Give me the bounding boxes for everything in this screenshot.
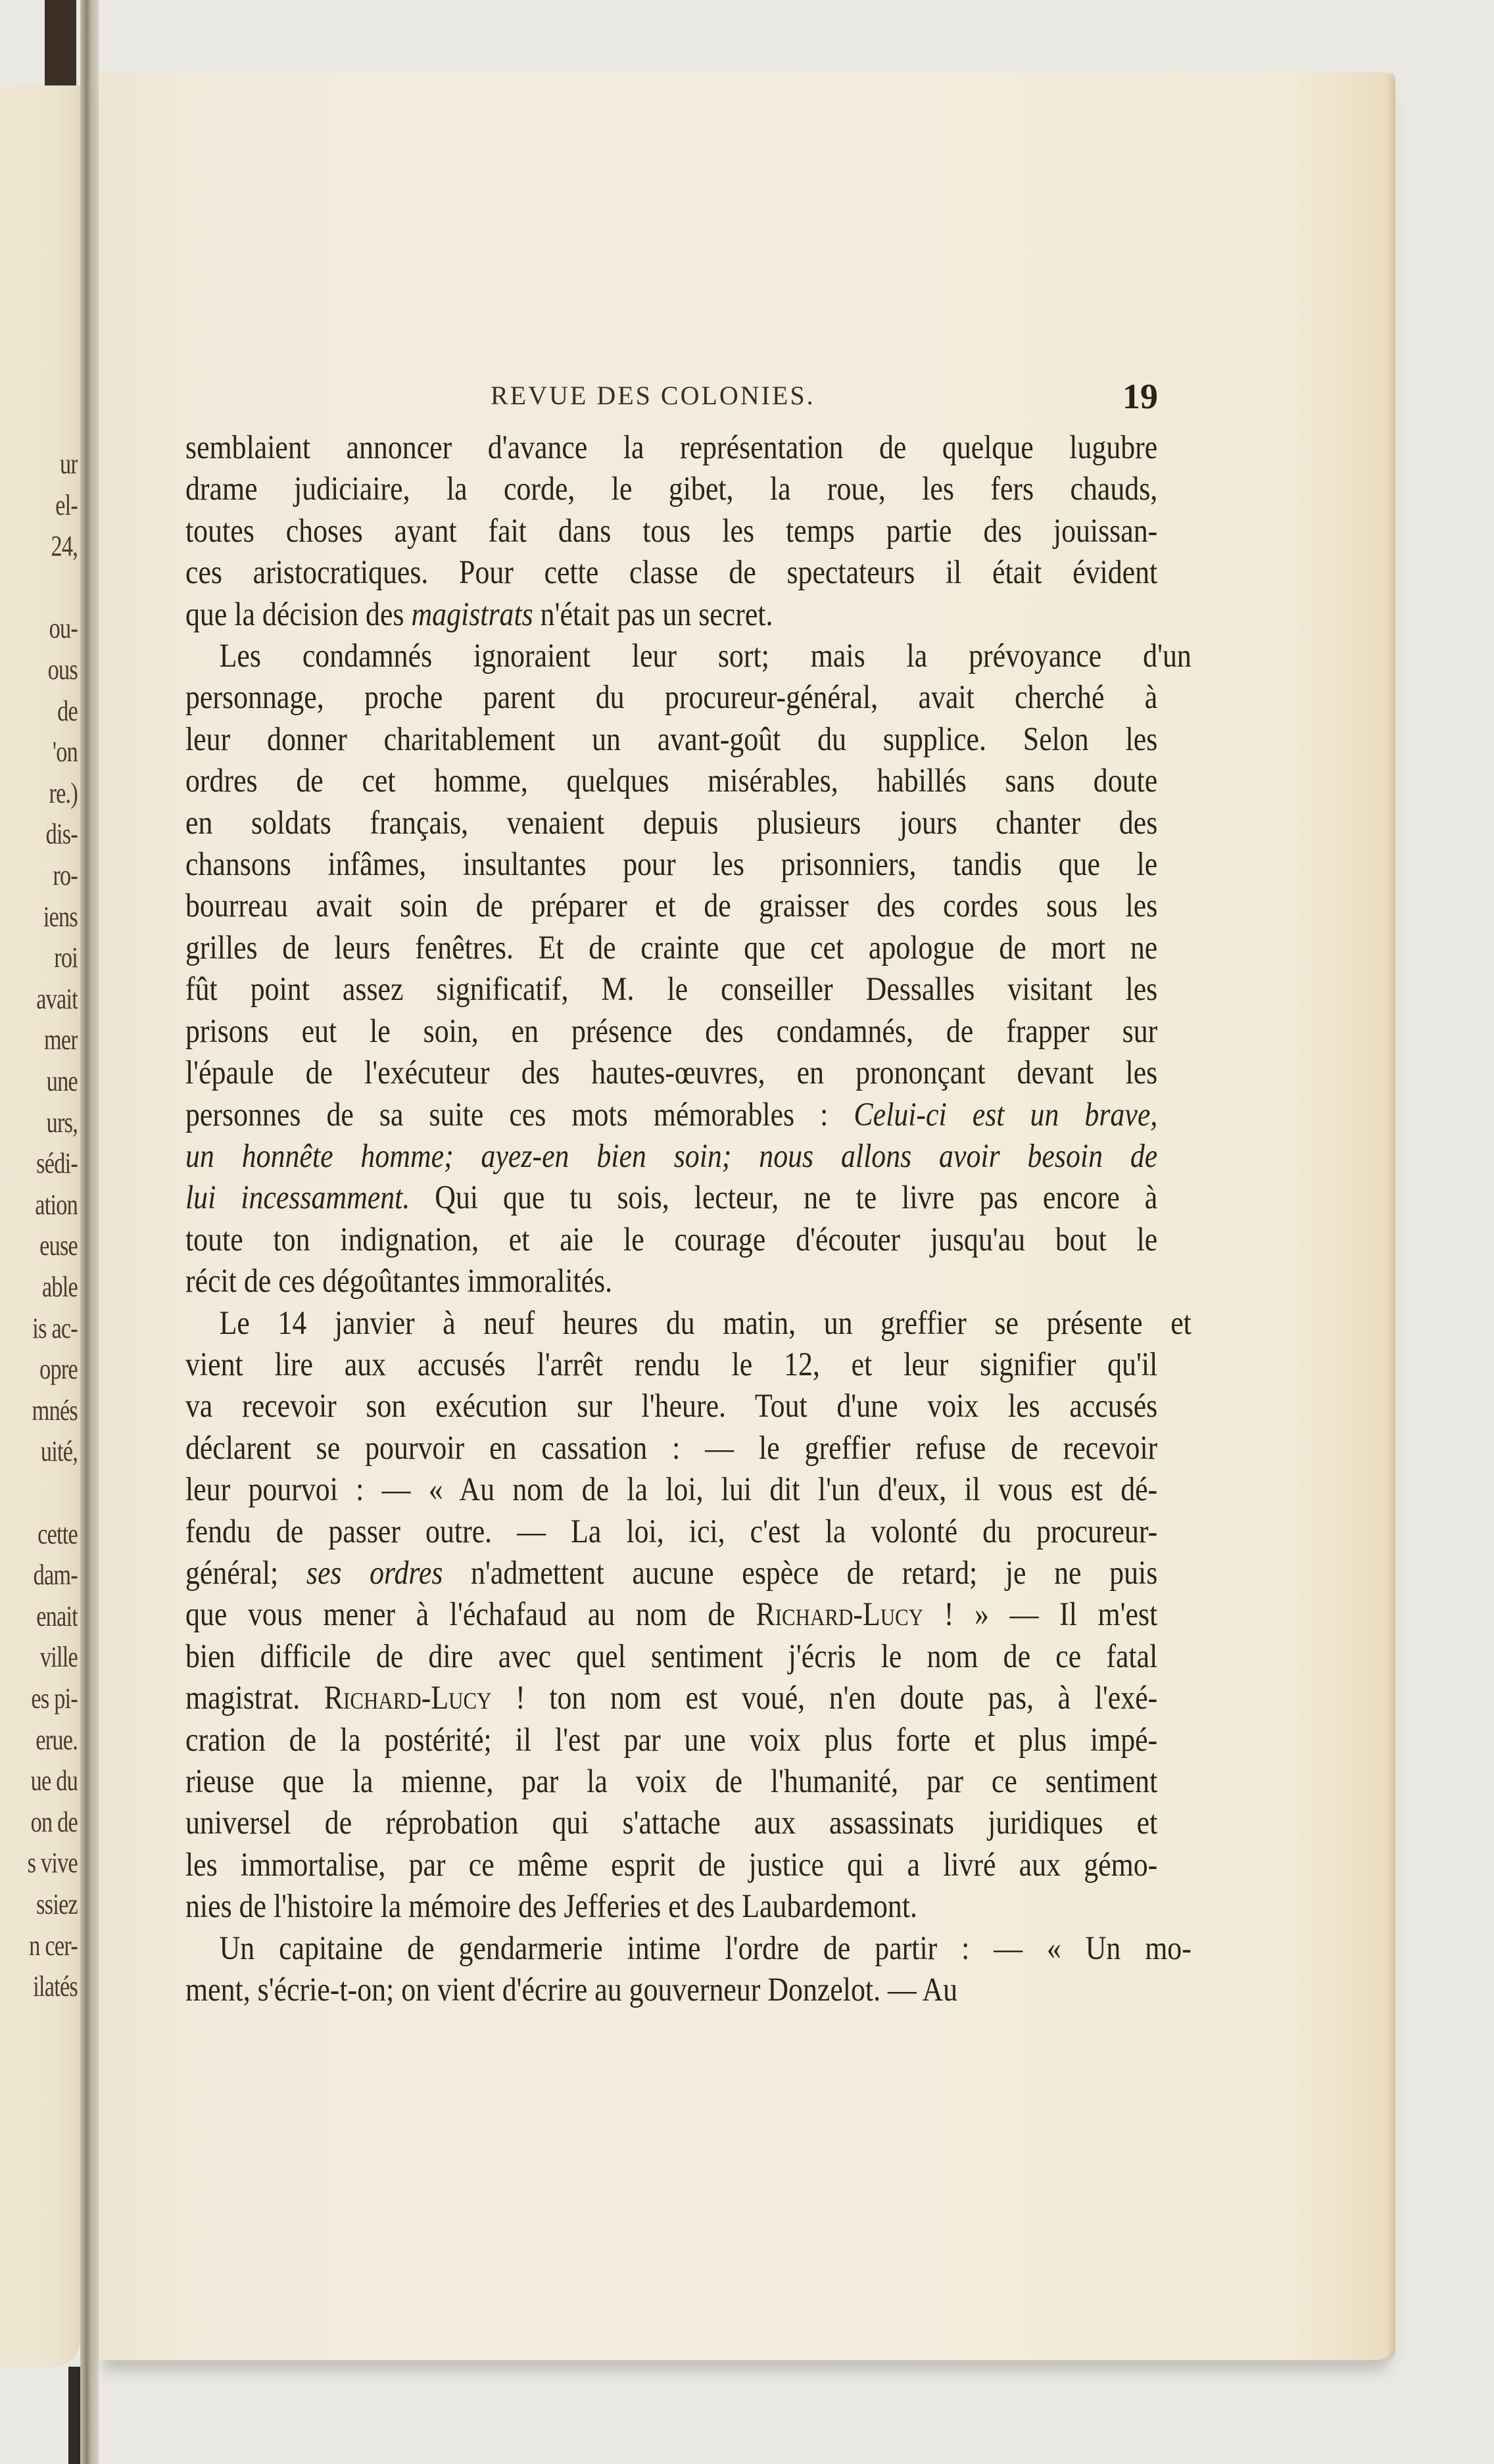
previous-page-fragment: ou-: [17, 608, 78, 650]
previous-page-fragment: dis-: [17, 814, 78, 855]
previous-page-fragment: es pi-: [17, 1678, 78, 1720]
previous-page-fragment: n cer-: [17, 1926, 78, 1967]
page-number: 19: [1122, 376, 1158, 417]
italic-emphasis: un honnête homme; ayez-en bien soin; nou…: [185, 1138, 1157, 1175]
text-line: les immortalise, par ce même esprit de j…: [185, 1845, 1157, 1886]
text-line: fût point assez significatif, M. le cons…: [185, 969, 1157, 1010]
previous-page-fragment: erue.: [17, 1720, 78, 1761]
text-line: déclarent se pourvoir en cassation : — l…: [185, 1428, 1157, 1469]
previous-page-fragment: ro-: [17, 855, 78, 897]
text-line: leur pourvoi : — « Au nom de la loi, lui…: [185, 1469, 1157, 1511]
previous-page-fragment: enait: [17, 1596, 78, 1638]
paragraph: Les condamnés ignoraient leur sort; mais…: [185, 636, 1157, 1303]
previous-page-fragment: mer: [17, 1020, 78, 1061]
previous-page-fragment: el-: [17, 485, 78, 527]
text-line: ment, s'écrie-t-on; on vient d'écrire au…: [185, 1970, 1157, 2011]
previous-page-fragment: is ac-: [17, 1308, 78, 1350]
previous-page-fragment: s vive: [17, 1843, 78, 1884]
text-line: toute ton indignation, et aie le courage…: [185, 1220, 1157, 1261]
text-line: va recevoir son exécution sur l'heure. T…: [185, 1386, 1157, 1427]
small-caps-name: Richard-Lucy: [324, 1680, 492, 1717]
page-edge-shading: [1386, 72, 1395, 2360]
previous-page-fragment: iens: [17, 897, 78, 938]
previous-page-edge: urel-24,ou-ousde'onre.)dis-ro-iensroiava…: [0, 85, 80, 2367]
paragraph: Le 14 janvier à neuf heures du matin, un…: [185, 1303, 1157, 1928]
italic-emphasis: magistrats: [411, 596, 533, 633]
paragraph: Un capitaine de gendarmerie intime l'ord…: [185, 1928, 1157, 2012]
text-line: ordres de cet homme, quelques misérables…: [185, 761, 1157, 802]
text-line: bourreau avait soin de préparer et de gr…: [185, 886, 1157, 927]
text-line: personnes de sa suite ces mots mémorable…: [185, 1095, 1157, 1136]
text-line: nies de l'histoire la mémoire des Jeffer…: [185, 1886, 1157, 1928]
text-line: prisons eut le soin, en présence des con…: [185, 1011, 1157, 1053]
text-line: chansons infâmes, insultantes pour les p…: [185, 844, 1157, 886]
binding-strap-bottom: [68, 2367, 82, 2464]
previous-page-fragment: on de: [17, 1802, 78, 1843]
previous-page-fragment: ation: [17, 1185, 78, 1226]
italic-emphasis: lui incessamment.: [185, 1179, 410, 1216]
previous-page-fragment: ville: [17, 1637, 78, 1678]
previous-page-fragment: opre: [17, 1349, 78, 1390]
text-line: bien difficile de dire avec quel sentime…: [185, 1636, 1157, 1678]
text-line: fendu de passer outre. — La loi, ici, c'…: [185, 1511, 1157, 1553]
text-line: ces aristocratiques. Pour cette classe d…: [185, 552, 1157, 594]
text-line: rieuse que la mienne, par la voix de l'h…: [185, 1761, 1157, 1803]
text-line: que la décision des magistrats n'était p…: [185, 594, 1157, 636]
previous-page-fragment: avait: [17, 979, 78, 1020]
binding-strap: [45, 0, 76, 87]
previous-page-fragment: ur: [17, 444, 78, 485]
previous-page-fragment: de: [17, 691, 78, 732]
text-line: cration de la postérité; il l'est par un…: [185, 1720, 1157, 1761]
previous-page-fragment: ue du: [17, 1761, 78, 1802]
text-line: lui incessamment. Qui que tu sois, lecte…: [185, 1177, 1157, 1219]
text-line: grilles de leurs fenêtres. Et de crainte…: [185, 928, 1157, 969]
previous-page-fragment: dam-: [17, 1555, 78, 1596]
running-head-title: REVUE DES COLONIES.: [491, 380, 815, 411]
text-line: drame judiciaire, la corde, le gibet, la…: [185, 469, 1157, 510]
previous-page-fragment: ssiez: [17, 1884, 78, 1926]
previous-page-fragment: uité,: [17, 1431, 78, 1473]
previous-page-fragment: 'on: [17, 732, 78, 773]
previous-page-fragment: 24,: [17, 526, 78, 567]
text-line: général; ses ordres n'admettent aucune e…: [185, 1553, 1157, 1594]
previous-page-fragment: sédi-: [17, 1143, 78, 1185]
text-line: semblaient annoncer d'avance la représen…: [185, 427, 1157, 469]
previous-page-fragment: urs,: [17, 1102, 78, 1144]
previous-page-fragment: roi: [17, 937, 78, 979]
previous-page-fragment: able: [17, 1267, 78, 1308]
paragraph: semblaient annoncer d'avance la représen…: [185, 427, 1157, 636]
text-line: Un capitaine de gendarmerie intime l'ord…: [185, 1928, 1192, 1970]
text-line: leur donner charitablement un avant-goût…: [185, 719, 1157, 761]
text-line: universel de réprobation qui s'attache a…: [185, 1803, 1157, 1844]
previous-page-fragment: ilatés: [17, 1966, 78, 2008]
text-line: un honnête homme; ayez-en bien soin; nou…: [185, 1136, 1157, 1177]
previous-page-fragment: mnés: [17, 1390, 78, 1432]
running-head: REVUE DES COLONIES. 19: [181, 380, 1158, 419]
previous-page-fragment: re.): [17, 773, 78, 815]
text-line: magistrat. Richard-Lucy ! ton nom est vo…: [185, 1678, 1157, 1719]
text-line: personnage, proche parent du procureur-g…: [185, 677, 1157, 719]
italic-emphasis: ses ordres: [306, 1555, 443, 1592]
previous-page-fragment: une: [17, 1061, 78, 1102]
text-line: toutes choses ayant fait dans tous les t…: [185, 511, 1157, 552]
book-gutter: [80, 0, 99, 2464]
text-line: l'épaule de l'exécuteur des hautes-œuvre…: [185, 1053, 1157, 1094]
text-line: Le 14 janvier à neuf heures du matin, un…: [185, 1303, 1192, 1344]
body-text: semblaient annoncer d'avance la représen…: [185, 427, 1157, 2011]
text-line: récit de ces dégoûtantes immoralités.: [185, 1261, 1157, 1302]
italic-emphasis: Celui-ci est un brave,: [854, 1097, 1157, 1133]
text-line: Les condamnés ignoraient leur sort; mais…: [185, 636, 1192, 677]
text-line: que vous mener à l'échafaud au nom de Ri…: [185, 1594, 1157, 1636]
text-line: vient lire aux accusés l'arrêt rendu le …: [185, 1344, 1157, 1386]
previous-page-fragment: euse: [17, 1225, 78, 1267]
previous-page-fragment: ous: [17, 650, 78, 691]
small-caps-name: Richard-Lucy: [756, 1596, 923, 1633]
previous-page-fragment: cette: [17, 1514, 78, 1555]
text-line: en soldats français, venaient depuis plu…: [185, 803, 1157, 844]
